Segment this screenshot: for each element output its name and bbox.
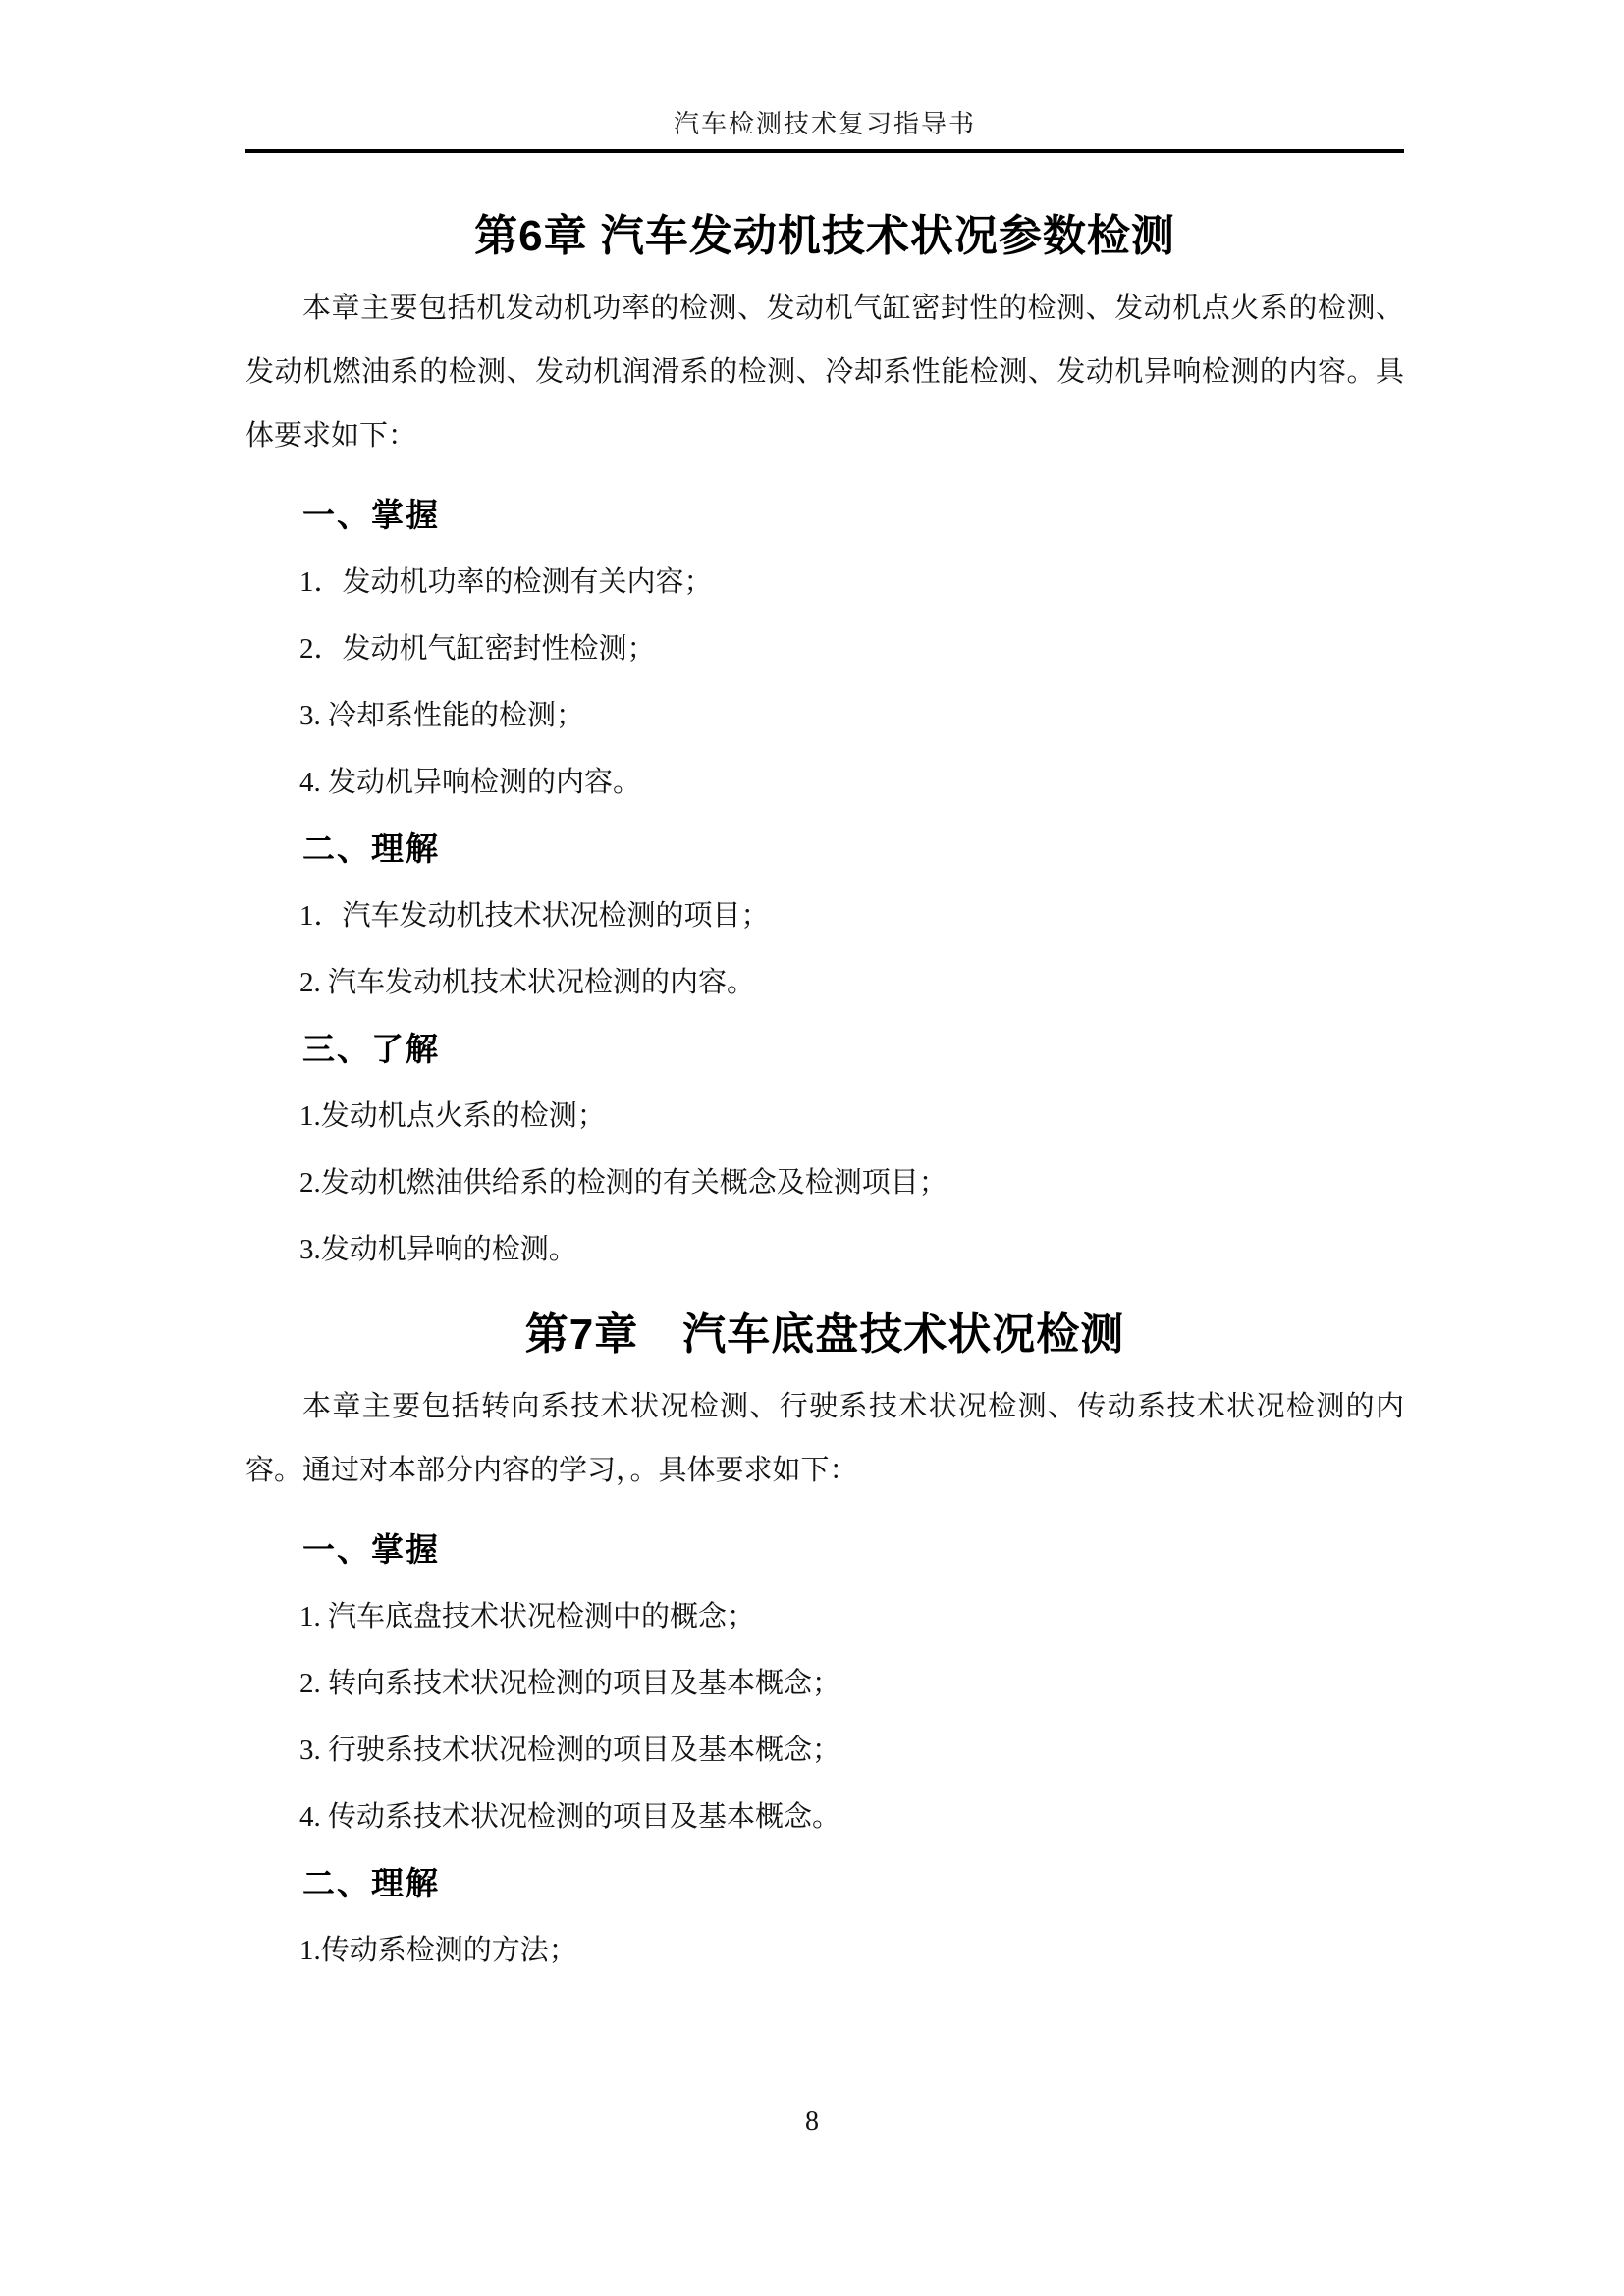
list-item: 1．发动机功率的检测有关内容；	[299, 562, 1404, 602]
header-rule-divider	[245, 149, 1404, 153]
list-item: 1. 汽车底盘技术状况检测中的概念；	[299, 1597, 1404, 1636]
list-item: 3. 冷却系性能的检测；	[299, 696, 1404, 735]
list-item: 3.发动机异响的检测。	[299, 1230, 1404, 1269]
chapter-6-section-heading-know: 三、了解	[302, 1030, 1404, 1069]
chapter-7-section-heading-master: 一、掌握	[302, 1530, 1404, 1570]
list-item: 4. 发动机异响检测的内容。	[299, 763, 1404, 802]
list-item: 1.传动系检测的方法；	[299, 1931, 1404, 1970]
chapter-6-title: 第6章 汽车发动机技术状况参数检测	[245, 210, 1404, 263]
list-item: 3. 行驶系技术状况检测的项目及基本概念；	[299, 1731, 1404, 1770]
chapter-6-intro: 本章主要包括机发动机功率的检测、发动机气缸密封性的检测、发动机点火系的检测、发动…	[245, 277, 1404, 468]
list-item: 1．汽车发动机技术状况检测的项目；	[299, 896, 1404, 935]
chapter-6: 第6章 汽车发动机技术状况参数检测 本章主要包括机发动机功率的检测、发动机气缸密…	[245, 210, 1404, 1269]
page-number: 8	[0, 2106, 1624, 2139]
list-item: 2.发动机燃油供给系的检测的有关概念及检测项目；	[299, 1163, 1404, 1202]
chapter-6-section-heading-understand: 二、理解	[302, 829, 1404, 869]
chapter-7-section-heading-understand: 二、理解	[302, 1864, 1404, 1903]
list-item: 4. 传动系技术状况检测的项目及基本概念。	[299, 1797, 1404, 1837]
running-header: 汽车检测技术复习指导书	[245, 110, 1404, 139]
chapter-7-title: 第7章 汽车底盘技术状况检测	[245, 1308, 1404, 1362]
list-item: 2. 汽车发动机技术状况检测的内容。	[299, 963, 1404, 1002]
list-item: 1.发动机点火系的检测；	[299, 1096, 1404, 1136]
chapter-6-section-heading-master: 一、掌握	[302, 496, 1404, 535]
document-page: 汽车检测技术复习指导书 第6章 汽车发动机技术状况参数检测 本章主要包括机发动机…	[0, 0, 1624, 2296]
list-item: 2. 转向系技术状况检测的项目及基本概念；	[299, 1664, 1404, 1703]
chapter-7: 第7章 汽车底盘技术状况检测 本章主要包括转向系技术状况检测、行驶系技术状况检测…	[245, 1308, 1404, 1970]
list-item: 2．发动机气缸密封性检测；	[299, 629, 1404, 668]
chapter-7-intro: 本章主要包括转向系技术状况检测、行驶系技术状况检测、传动系技术状况检测的内容。通…	[245, 1375, 1404, 1503]
